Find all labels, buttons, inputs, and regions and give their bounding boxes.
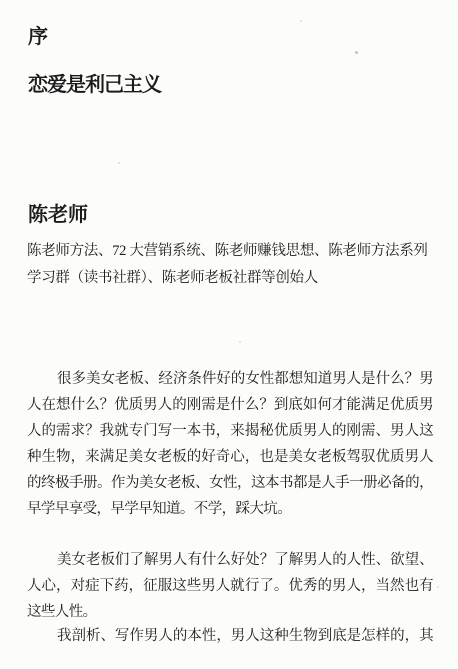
text-line: 这些人性。 [27, 599, 433, 625]
text-line: 很多美女老板、经济条件好的女性都想知道男人是什么？男 [27, 366, 433, 392]
paragraph-1: 很多美女老板、经济条件好的女性都想知道男人是什么？男 人在想什么？优质男人的刚需… [27, 366, 433, 522]
text-line: 人的需求？我就专门写一本书，来揭秘优质男人的刚需、男人这 [27, 418, 433, 444]
text-line: 早学早享受，早学早知道。不学，踩大坑。 [27, 496, 433, 522]
bio-line: 陈老师方法、72 大营销系统、陈老师赚钱思想、陈老师方法系列 [27, 238, 437, 265]
paragraph-3: 我剖析、写作男人的本性，男人这种生物到底是怎样的，其 [27, 623, 433, 649]
scan-speck [355, 51, 358, 54]
scan-speck [239, 341, 241, 343]
scan-speck [300, 20, 302, 22]
text-line: 人心，对症下药，征服这些男人就行了。优秀的男人，当然也有 [27, 573, 433, 599]
text-line: 我剖析、写作男人的本性，男人这种生物到底是怎样的，其 [27, 623, 433, 649]
text-line: 种生物，来满足美女老板的好奇心，也是美女老板驾驭优质男人 [27, 444, 433, 470]
text-line: 的终极手册。作为美女老板、女性，这本书都是人手一册必备的， [27, 470, 433, 496]
paragraph-2: 美女老板们了解男人有什么好处？了解男人的人性、欲望、 人心，对症下药，征服这些男… [27, 547, 433, 625]
chapter-title: 恋爱是利己主义 [28, 74, 161, 97]
scanned-book-page: 序 恋爱是利己主义 陈老师 陈老师方法、72 大营销系统、陈老师赚钱思想、陈老师… [0, 0, 458, 669]
scan-speck [118, 162, 120, 164]
text-line: 美女老板们了解男人有什么好处？了解男人的人性、欲望、 [27, 547, 433, 573]
author-name: 陈老师 [28, 204, 88, 227]
section-label: 序 [28, 26, 48, 48]
scan-speck [437, 586, 439, 588]
text-line: 人在想什么？优质男人的刚需是什么？到底如何才能满足优质男 [27, 392, 433, 418]
bio-line: 学习群（读书社群）、陈老师老板社群等创始人 [27, 265, 437, 292]
author-bio: 陈老师方法、72 大营销系统、陈老师赚钱思想、陈老师方法系列 学习群（读书社群）… [27, 238, 437, 292]
